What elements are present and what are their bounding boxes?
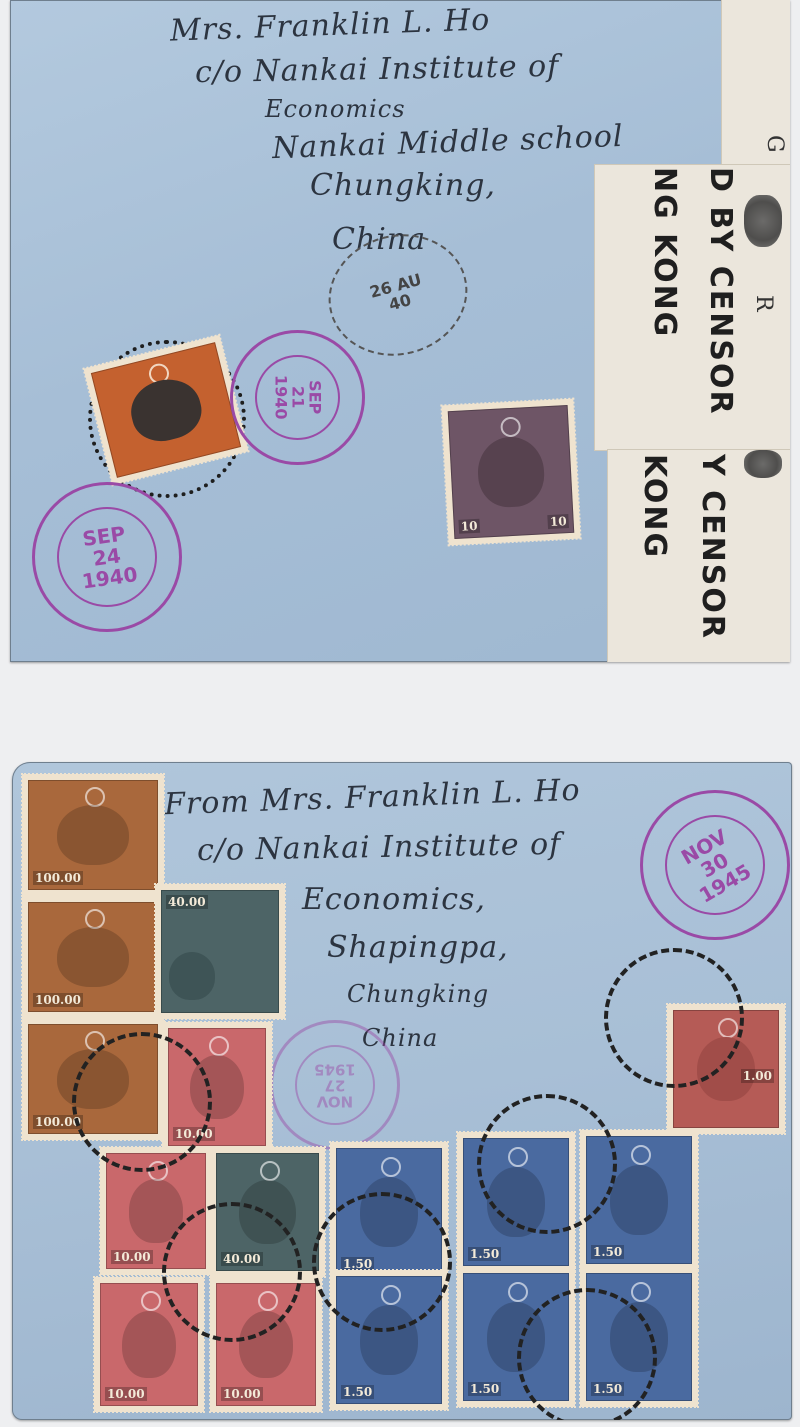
stamp-value: 10 <box>458 519 479 534</box>
chinese-postmark <box>312 1192 452 1332</box>
stamp-value: 40.00 <box>166 895 208 909</box>
long-beach-postmark: SEP 24 1940 <box>32 482 182 632</box>
portrait-icon <box>122 1311 176 1379</box>
sender-line-district: Shapingpa, <box>327 930 509 965</box>
stamp-value: 100.00 <box>33 871 83 885</box>
address-line-economics: Economics <box>265 95 406 123</box>
stamp-value: 1.50 <box>591 1245 624 1259</box>
stamp-value: 1.50 <box>341 1385 374 1399</box>
royal-crest-icon <box>744 450 782 478</box>
postmark-month: AU <box>395 270 424 295</box>
crest-letter: R <box>751 295 776 312</box>
portrait-icon <box>610 1165 668 1236</box>
postmark-year: 1940 <box>81 562 139 594</box>
sender-line-name: From Mrs. Franklin L. Ho <box>164 773 582 823</box>
censor-text: NG KONG <box>647 167 682 338</box>
censor-tape-lower: Y CENSOR KONG <box>608 450 790 662</box>
sun-emblem-icon <box>631 1145 651 1165</box>
stamp-value: 10.00 <box>221 1387 263 1401</box>
censor-text: KONG <box>637 454 672 559</box>
postmark-year: 1945 <box>314 1061 356 1079</box>
censor-text: D BY CENSOR <box>703 167 738 416</box>
sun-emblem-icon <box>141 1291 161 1311</box>
stamp-green-40: 40.00 <box>155 884 285 1019</box>
portrait-icon <box>57 927 129 987</box>
postmark-month: NOV <box>317 1093 354 1111</box>
monterey-park-postmark: NOV 30 1945 <box>640 790 790 940</box>
stamp-value: 1.50 <box>468 1247 501 1261</box>
stamp-value: 10.00 <box>111 1250 153 1264</box>
top-envelope: Mrs. Franklin L. Ho c/o Nankai Institute… <box>10 0 790 662</box>
address-line-city: Chungking, <box>310 168 496 203</box>
portrait-icon <box>57 805 129 865</box>
sender-line-city: Chungking <box>347 980 489 1008</box>
sun-emblem-icon <box>260 1161 280 1181</box>
san-francisco-postmark: SEP 21 1940 <box>230 330 365 465</box>
sun-emblem-icon <box>631 1282 651 1302</box>
postmark-day: 21 <box>289 386 308 408</box>
stamp-brown-column: 100.00 <box>22 896 164 1018</box>
postmark-year: 1940 <box>272 375 291 420</box>
chinese-postmark <box>517 1288 657 1420</box>
chinese-postmark <box>162 1202 302 1342</box>
censor-tape-upper: D BY CENSOR NG KONG R <box>595 165 790 450</box>
chinese-postmark <box>477 1094 617 1234</box>
address-line-name: Mrs. Franklin L. Ho <box>169 2 490 48</box>
faint-transit-postmark: NOV 27 1945 <box>270 1020 400 1150</box>
sun-emblem-icon <box>381 1157 401 1177</box>
sun-emblem-icon <box>508 1282 528 1302</box>
chinese-postmark <box>604 948 744 1088</box>
postmark-day: 27 <box>325 1077 346 1095</box>
royal-crest-icon <box>744 195 782 247</box>
censor-text: Y CENSOR <box>695 454 730 640</box>
sun-emblem-icon <box>209 1036 229 1056</box>
stamp-value: 1.50 <box>468 1382 501 1396</box>
stamp-value: 1.00 <box>741 1069 774 1083</box>
postmark-year: 40 <box>387 290 413 314</box>
crest-letter: G <box>762 135 787 153</box>
stamp-value: 100.00 <box>33 993 83 1007</box>
address-line-co: c/o Nankai Institute of <box>195 49 560 90</box>
sender-line-economics: Economics, <box>302 882 486 917</box>
stamp-purple-10: 10 10 <box>441 399 580 546</box>
stamp-brown-column: 100.00 <box>22 774 164 896</box>
address-line-school: Nankai Middle school <box>271 119 624 166</box>
bottom-envelope: From Mrs. Franklin L. Ho c/o Nankai Inst… <box>12 762 792 1420</box>
postmark-month: SEP <box>306 380 325 414</box>
chinese-postmark <box>72 1032 212 1172</box>
stamp-value: 10.00 <box>105 1387 147 1401</box>
stamp-value: 10 <box>548 514 569 529</box>
sender-line-co: c/o Nankai Institute of <box>197 827 562 868</box>
